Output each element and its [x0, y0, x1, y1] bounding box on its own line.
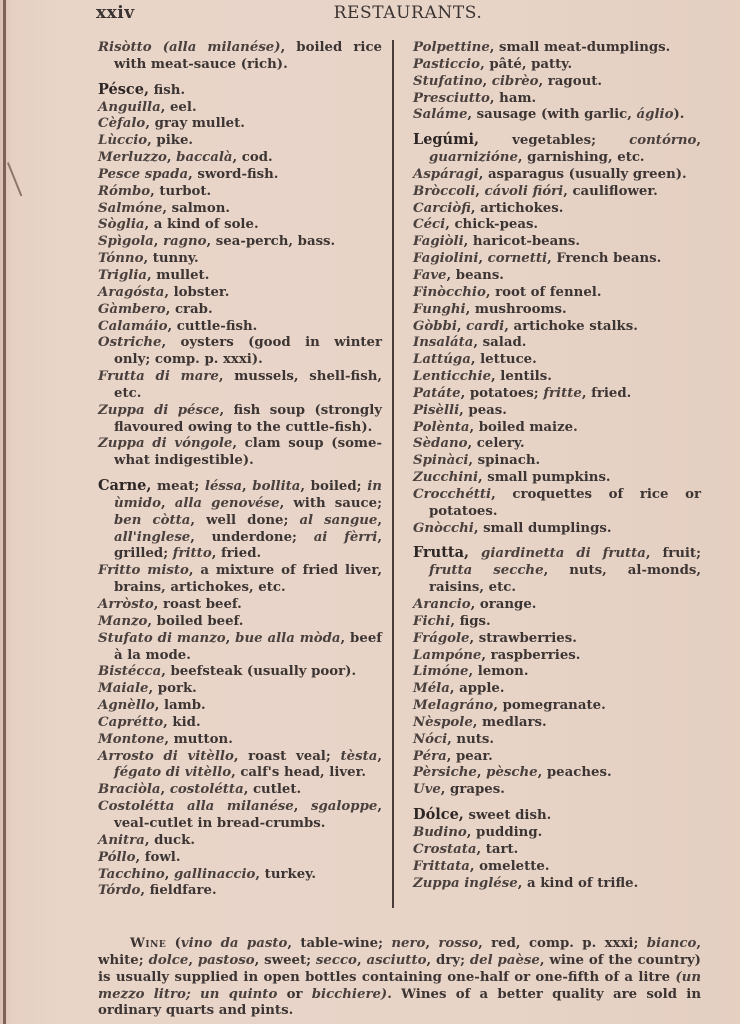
english-gloss: , omelette. [470, 859, 550, 874]
english-gloss: , [482, 74, 491, 89]
english-gloss: , [242, 479, 252, 494]
english-gloss: , [696, 133, 701, 148]
glossary-entry: Sòglia, a kind of sole. [98, 217, 382, 234]
glossary-entry: Caprétto, kid. [98, 715, 382, 732]
english-gloss: , potatoes; [461, 386, 544, 401]
glossary-entry: Méla, apple. [413, 681, 701, 698]
italian-term: nero [391, 936, 425, 951]
english-gloss: , small dumplings. [474, 521, 612, 536]
italian-term: Lùccio [98, 133, 147, 148]
english-gloss: , crab. [166, 302, 213, 317]
glossary-entry: Saláme, sausage (with garlic, áglio). [413, 107, 701, 124]
italian-term: Aspáragi [413, 167, 479, 182]
english-gloss: , peas. [459, 403, 507, 418]
glossary-entry: Gàmbero, crab. [98, 302, 382, 319]
italian-term: Crocchétti [413, 487, 491, 502]
english-gloss: , mutton. [164, 732, 232, 747]
italian-term: Melagráno [413, 698, 493, 713]
english-gloss: , boiled; [300, 479, 367, 494]
italian-term: Rómbo [98, 184, 150, 199]
glossary-entry: Stufato di manzo, bue alla mòda, beef à … [98, 631, 382, 665]
italian-term: ai fèrri [314, 530, 378, 545]
english-gloss: , [161, 496, 175, 511]
section-heading: Dólce, [413, 806, 464, 823]
italian-term: bicchiere) [312, 987, 387, 1002]
glossary-entry: Frágole, strawberries. [413, 631, 701, 648]
glossary-entry: Funghi, mushrooms. [413, 302, 701, 319]
glossary-entry: Frutta di mare, mussels, shell-fish, etc… [98, 369, 382, 403]
glossary-entry: Pisèlli, peas. [413, 403, 701, 420]
english-gloss: , lobster. [164, 285, 229, 300]
english-gloss: , celery. [468, 436, 525, 451]
italian-term: Saláme [413, 107, 467, 122]
italian-term: Finòcchio [413, 285, 486, 300]
english-gloss: , [478, 251, 487, 266]
english-gloss: , apple. [450, 681, 505, 696]
italian-term: Anguilla [98, 100, 161, 115]
italian-term: pèsche [486, 765, 537, 780]
italian-term: Fagiòli [413, 234, 464, 249]
english-gloss: , sword-fish. [188, 167, 278, 182]
glossary-entry: Budino, pudding. [413, 825, 701, 842]
italian-term: Frágole [413, 631, 470, 646]
glossary-entry: Rómbo, turbot. [98, 184, 382, 201]
italian-term: Carciòfi [413, 201, 471, 216]
glossary-entry: Arancio, orange. [413, 597, 701, 614]
italian-term: Gàmbero [98, 302, 166, 317]
running-title: RESTAURANTS. [96, 3, 696, 23]
glossary-entry: Gòbbi, cardi, artichoke stalks. [413, 319, 701, 336]
english-gloss: , pudding. [467, 825, 542, 840]
page-corner-mark [7, 162, 22, 196]
italian-term: fritte [543, 386, 582, 401]
english-gloss: , pork. [149, 681, 197, 696]
glossary-entry: Maiale, pork. [98, 681, 382, 698]
english-gloss: , grapes. [441, 782, 505, 797]
glossary-entry: Fave, beans. [413, 268, 701, 285]
italian-term: fritto [173, 546, 212, 561]
italian-term: bue alla mòda [235, 631, 340, 646]
english-gloss: , garnishing, etc. [518, 150, 645, 165]
glossary-entry: Bròccoli, cávoli fióri, cauliflower. [413, 184, 701, 201]
english-gloss: , French beans. [547, 251, 661, 266]
english-gloss: fish. [149, 83, 185, 98]
english-gloss: , fieldfare. [140, 883, 216, 898]
italian-term: vino da pasto [181, 936, 287, 951]
book-spine-edge [3, 0, 6, 1024]
english-gloss: , a kind of sole. [145, 217, 259, 232]
italian-term: Bistécca [98, 664, 161, 679]
italian-term: del paèse [470, 953, 540, 968]
glossary-entry: Pèrsiche, pèsche, peaches. [413, 765, 701, 782]
english-gloss: , [475, 184, 484, 199]
glossary-entry: Crostata, tart. [413, 842, 701, 859]
column-divider [392, 40, 394, 908]
right-column: Polpettine, small meat-dumplings.Pasticc… [413, 40, 701, 892]
italian-term: Stufato di manzo [98, 631, 226, 646]
glossary-entry: Lattúga, lettuce. [413, 352, 701, 369]
english-gloss: , pâté, patty. [480, 57, 572, 72]
glossary-entry: Péra, pear. [413, 749, 701, 766]
glossary-entry: Costolétta alla milanése, sgaloppe, veal… [98, 799, 382, 833]
english-gloss: , well done; [190, 513, 299, 528]
english-gloss: , underdone; [190, 530, 313, 545]
english-gloss: , a kind of trifle. [518, 876, 639, 891]
italian-term: Frittata [413, 859, 470, 874]
english-gloss: , roast veal; [234, 749, 341, 764]
italian-term: pastoso [198, 953, 255, 968]
glossary-entry: Patáte, potatoes; fritte, fried. [413, 386, 701, 403]
english-gloss: , beans. [447, 268, 504, 283]
italian-term: Arancio [413, 597, 471, 612]
glossary-entry: Lenticchie, lentils. [413, 369, 701, 386]
english-gloss: , strawberries. [470, 631, 577, 646]
glossary-entry: Montone, mutton. [98, 732, 382, 749]
english-gloss: , small pumpkins. [478, 470, 611, 485]
english-gloss: , orange. [471, 597, 537, 612]
italian-term: Zuppa inglése [413, 876, 518, 891]
english-gloss: , fried. [582, 386, 631, 401]
glossary-entry: Fichi, figs. [413, 614, 701, 631]
english-gloss: , [167, 150, 176, 165]
glossary-entry: Aragósta, lobster. [98, 285, 382, 302]
glossary-entry: Tacchino, gallinaccio, turkey. [98, 867, 382, 884]
english-gloss: , boiled maize. [469, 420, 577, 435]
italian-term: Calamáio [98, 319, 167, 334]
glossary-entry: Lùccio, pike. [98, 133, 382, 150]
italian-term: Limóne [413, 664, 468, 679]
italian-term: Péra [413, 749, 447, 764]
glossary-entry: Anitra, duck. [98, 833, 382, 850]
italian-term: áglio [637, 107, 674, 122]
italian-term: Sòglia [98, 217, 145, 232]
italian-term: Spinàci [413, 453, 468, 468]
italian-term: tèsta [341, 749, 378, 764]
section-heading: Carne, [98, 477, 151, 494]
english-gloss: , peaches. [538, 765, 612, 780]
italian-term: bianco [647, 936, 697, 951]
english-gloss: sweet dish. [464, 808, 551, 823]
italian-term: asciutto [366, 953, 426, 968]
glossary-entry: Uve, grapes. [413, 782, 701, 799]
english-gloss: , pike. [147, 133, 193, 148]
english-gloss: , [188, 953, 198, 968]
italian-term: Arrosto di vitèllo [98, 749, 234, 764]
english-gloss: , pear. [447, 749, 493, 764]
italian-term: Anitra [98, 833, 145, 848]
english-gloss: , eel. [161, 100, 197, 115]
english-gloss: , root of fennel. [486, 285, 602, 300]
italian-term: Triglia [98, 268, 147, 283]
italian-term: bollita [252, 479, 300, 494]
english-gloss: , raspberries. [481, 648, 580, 663]
english-gloss: , [226, 631, 236, 646]
italian-term: Frutta di mare [98, 369, 219, 384]
italian-term: Patáte [413, 386, 461, 401]
italian-term: giardinetta di frutta [481, 546, 646, 561]
english-gloss [469, 546, 481, 561]
page-header: xxiv RESTAURANTS. [96, 0, 696, 28]
glossary-entry: Insaláta, salad. [413, 335, 701, 352]
glossary-entry: Risòtto (alla milanése), boiled rice wit… [98, 40, 382, 74]
italian-term: Lampóne [413, 648, 481, 663]
italian-term: Tórdo [98, 883, 140, 898]
english-gloss: , [377, 513, 382, 528]
italian-term: cardi [466, 319, 504, 334]
glossary-entry: Spìgola, ragno, sea-perch, bass. [98, 234, 382, 251]
italian-term: contórno [629, 133, 696, 148]
english-gloss: , sea-perch, bass. [207, 234, 336, 249]
english-gloss: , figs. [450, 614, 490, 629]
glossary-entry: Agnèllo, lamb. [98, 698, 382, 715]
english-gloss: , pomegranate. [493, 698, 605, 713]
small-caps-term: Wine [130, 936, 166, 951]
italian-term: Tónno [98, 251, 143, 266]
glossary-entry: Tónno, tunny. [98, 251, 382, 268]
glossary-entry: Frutta, giardinetta di frutta, fruit; fr… [413, 545, 701, 597]
english-gloss: , with sauce; [280, 496, 382, 511]
english-gloss: , salmon. [162, 201, 230, 216]
italian-term: cornetti [488, 251, 547, 266]
glossary-entry: Finòcchio, root of fennel. [413, 285, 701, 302]
glossary-entry: Stufatino, cibrèo, ragout. [413, 74, 701, 91]
italian-term: Funghi [413, 302, 466, 317]
italian-term: ragno [163, 234, 206, 249]
glossary-entry: Pésce, fish. [98, 82, 382, 100]
italian-term: costolétta [170, 782, 244, 797]
italian-term: secco [316, 953, 357, 968]
italian-term: Sèdano [413, 436, 468, 451]
italian-term: Lattúga [413, 352, 471, 367]
glossary-entry: Frittata, omelette. [413, 859, 701, 876]
glossary-entry: Póllo, fowl. [98, 850, 382, 867]
italian-term: Crostata [413, 842, 476, 857]
italian-term: ben còtta [114, 513, 190, 528]
english-gloss: , fruit; [646, 546, 701, 561]
glossary-entry: Fagiòli, haricot-beans. [413, 234, 701, 251]
glossary-entry: Polpettine, small meat-dumplings. [413, 40, 701, 57]
italian-term: Spìgola [98, 234, 154, 249]
english-gloss: meat; [151, 479, 205, 494]
italian-term: Stufatino [413, 74, 482, 89]
italian-term: Fichi [413, 614, 450, 629]
italian-term: Fagiolini [413, 251, 478, 266]
glossary-entry: Braciòla, costolétta, cutlet. [98, 782, 382, 799]
english-gloss: , fowl. [135, 850, 180, 865]
english-gloss: , gray mullet. [145, 116, 245, 131]
glossary-entry: Carne, meat; léssa, bollita, boiled; in … [98, 478, 382, 563]
italian-term: Presciutto [413, 91, 490, 106]
glossary-entry: Calamáio, cuttle-fish. [98, 319, 382, 336]
glossary-entry: Nèspole, medlars. [413, 715, 701, 732]
italian-term: Polènta [413, 420, 469, 435]
glossary-entry: Merluzzo, baccalà, cod. [98, 150, 382, 167]
english-gloss: , salad. [473, 335, 526, 350]
english-gloss: , tart. [476, 842, 518, 857]
wine-paragraph: Wine (vino da pasto, table-wine; nero, r… [98, 936, 701, 1020]
glossary-entry: Dólce, sweet dish. [413, 807, 701, 825]
italian-term: Insaláta [413, 335, 473, 350]
glossary-entry: Arrosto di vitèllo, roast veal; tèsta, f… [98, 749, 382, 783]
italian-term: dolce [149, 953, 189, 968]
glossary-entry: Legúmi, vegetables; contórno, guarnizión… [413, 132, 701, 167]
english-gloss: , [477, 765, 486, 780]
english-gloss: , tunny. [143, 251, 198, 266]
left-column: Risòtto (alla milanése), boiled rice wit… [98, 40, 382, 900]
glossary-entry: Zuppa di pésce, fish soup (strongly flav… [98, 403, 382, 437]
glossary-entry: Sèdano, celery. [413, 436, 701, 453]
english-gloss: , chick-peas. [445, 217, 538, 232]
italian-term: Fave [413, 268, 447, 283]
english-gloss: , nuts. [447, 732, 494, 747]
glossary-entry: Zuppa di vóngole, clam soup (some-what i… [98, 436, 382, 470]
english-gloss: , cod. [233, 150, 273, 165]
italian-term: Manzo [98, 614, 147, 629]
glossary-entry: Tórdo, fieldfare. [98, 883, 382, 900]
italian-term: Zuppa di vóngole [98, 436, 232, 451]
english-gloss: , [457, 319, 466, 334]
italian-term: Zuppa di pésce [98, 403, 220, 418]
section-heading: Frutta, [413, 544, 469, 561]
italian-term: Fritto misto [98, 563, 189, 578]
glossary-entry: Anguilla, eel. [98, 100, 382, 117]
english-gloss: , [425, 936, 438, 951]
italian-term: baccalà [176, 150, 232, 165]
english-gloss: , lettuce. [471, 352, 537, 367]
english-gloss: , turbot. [150, 184, 211, 199]
glossary-entry: Presciutto, ham. [413, 91, 701, 108]
italian-term: Caprétto [98, 715, 163, 730]
italian-term: Nèspole [413, 715, 473, 730]
english-gloss: , artichokes. [471, 201, 564, 216]
italian-term: gallinaccio [174, 867, 255, 882]
italian-term: Merluzzo [98, 150, 167, 165]
italian-term: Maiale [98, 681, 149, 696]
english-gloss: or [277, 987, 311, 1002]
english-gloss: ). [673, 107, 684, 122]
english-gloss: , medlars. [473, 715, 547, 730]
glossary-entry: Cèfalo, gray mullet. [98, 116, 382, 133]
english-gloss: , artichoke stalks. [504, 319, 638, 334]
glossary-entry: Manzo, boiled beef. [98, 614, 382, 631]
italian-term: alla genovése [175, 496, 280, 511]
italian-term: Lenticchie [413, 369, 491, 384]
english-gloss: , lamb. [155, 698, 206, 713]
english-gloss: , mullet. [147, 268, 209, 283]
english-gloss: , dry; [427, 953, 470, 968]
english-gloss: , [377, 749, 382, 764]
english-gloss: , spinach. [468, 453, 540, 468]
glossary-entry: Crocchétti, croquettes of rice or potato… [413, 487, 701, 521]
italian-term: Nóci [413, 732, 447, 747]
italian-term: Gòbbi [413, 319, 457, 334]
glossary-entry: Lampóne, raspberries. [413, 648, 701, 665]
italian-term: Póllo [98, 850, 135, 865]
italian-term: fégato di vitèllo [114, 765, 231, 780]
italian-term: Pèrsiche [413, 765, 477, 780]
italian-term: guarnizióne [429, 150, 518, 165]
english-gloss: , red, comp. p. xxxi; [478, 936, 647, 951]
glossary-entry: Bistécca, beefsteak (usually poor). [98, 664, 382, 681]
glossary-entry: Spinàci, spinach. [413, 453, 701, 470]
glossary-entry: Triglia, mullet. [98, 268, 382, 285]
english-gloss: , lentils. [491, 369, 552, 384]
italian-term: Tacchino [98, 867, 165, 882]
italian-term: Céci [413, 217, 445, 232]
italian-term: Agnèllo [98, 698, 155, 713]
italian-term: Pesce spada [98, 167, 188, 182]
glossary-entry: Aspáragi, asparagus (usually green). [413, 167, 701, 184]
english-gloss: , haricot-beans. [464, 234, 580, 249]
italian-term: léssa [205, 479, 242, 494]
english-gloss: , asparagus (usually green). [479, 167, 687, 182]
english-gloss: , [165, 867, 174, 882]
italian-term: rosso [438, 936, 478, 951]
glossary-entry: Salmóne, salmon. [98, 201, 382, 218]
glossary-entry: Melagráno, pomegranate. [413, 698, 701, 715]
glossary-entry: Polènta, boiled maize. [413, 420, 701, 437]
italian-term: Costolétta alla milanése [98, 799, 294, 814]
english-gloss: , fried. [212, 546, 261, 561]
italian-term: Pasticcio [413, 57, 480, 72]
english-gloss: , mushrooms. [466, 302, 567, 317]
english-gloss: , small meat-dumplings. [490, 40, 670, 55]
section-heading: Pésce, [98, 81, 149, 98]
italian-term: Arròsto [98, 597, 154, 612]
english-gloss: , cutlet. [244, 782, 301, 797]
english-gloss: , kid. [163, 715, 200, 730]
italian-term: Risòtto (alla milanése) [98, 40, 281, 55]
italian-term: Bròccoli [413, 184, 475, 199]
italian-term: cibrèo [492, 74, 539, 89]
italian-term: Ostriche [98, 335, 162, 350]
glossary-entry: Pesce spada, sword-fish. [98, 167, 382, 184]
italian-term: Polpettine [413, 40, 490, 55]
section-heading: Legúmi, [413, 131, 479, 148]
english-gloss: , [294, 799, 311, 814]
italian-term: Uve [413, 782, 441, 797]
italian-term: Salmóne [98, 201, 162, 216]
glossary-entry: Limóne, lemon. [413, 664, 701, 681]
english-gloss: , lemon. [468, 664, 528, 679]
english-gloss: , calf's head, liver. [231, 765, 366, 780]
english-gloss: , roast beef. [154, 597, 242, 612]
glossary-entry: Fritto misto, a mixture of fried liver, … [98, 563, 382, 597]
glossary-entry: Fagiolini, cornetti, French beans. [413, 251, 701, 268]
italian-term: Budino [413, 825, 467, 840]
glossary-entry: Gnòcchi, small dumplings. [413, 521, 701, 538]
italian-term: Aragósta [98, 285, 164, 300]
english-gloss: , boiled beef. [147, 614, 243, 629]
english-gloss: , ragout. [539, 74, 603, 89]
glossary-entry: Zuppa inglése, a kind of trifle. [413, 876, 701, 893]
italian-term: Braciòla [98, 782, 161, 797]
glossary-entry: Nóci, nuts. [413, 732, 701, 749]
italian-term: Méla [413, 681, 450, 696]
english-gloss: , [161, 782, 170, 797]
italian-term: Cèfalo [98, 116, 145, 131]
glossary-entry: Arròsto, roast beef. [98, 597, 382, 614]
italian-term: Montone [98, 732, 164, 747]
book-page: xxiv RESTAURANTS. Risòtto (alla milanése… [0, 0, 740, 1024]
english-gloss: , duck. [145, 833, 195, 848]
english-gloss: , ham. [490, 91, 536, 106]
english-gloss: ( [166, 936, 181, 951]
glossary-entry: Ostriche, oysters (good in winter only; … [98, 335, 382, 369]
english-gloss: , [154, 234, 163, 249]
glossary-entry: Zucchini, small pumpkins. [413, 470, 701, 487]
italian-term: frutta secche [429, 563, 544, 578]
